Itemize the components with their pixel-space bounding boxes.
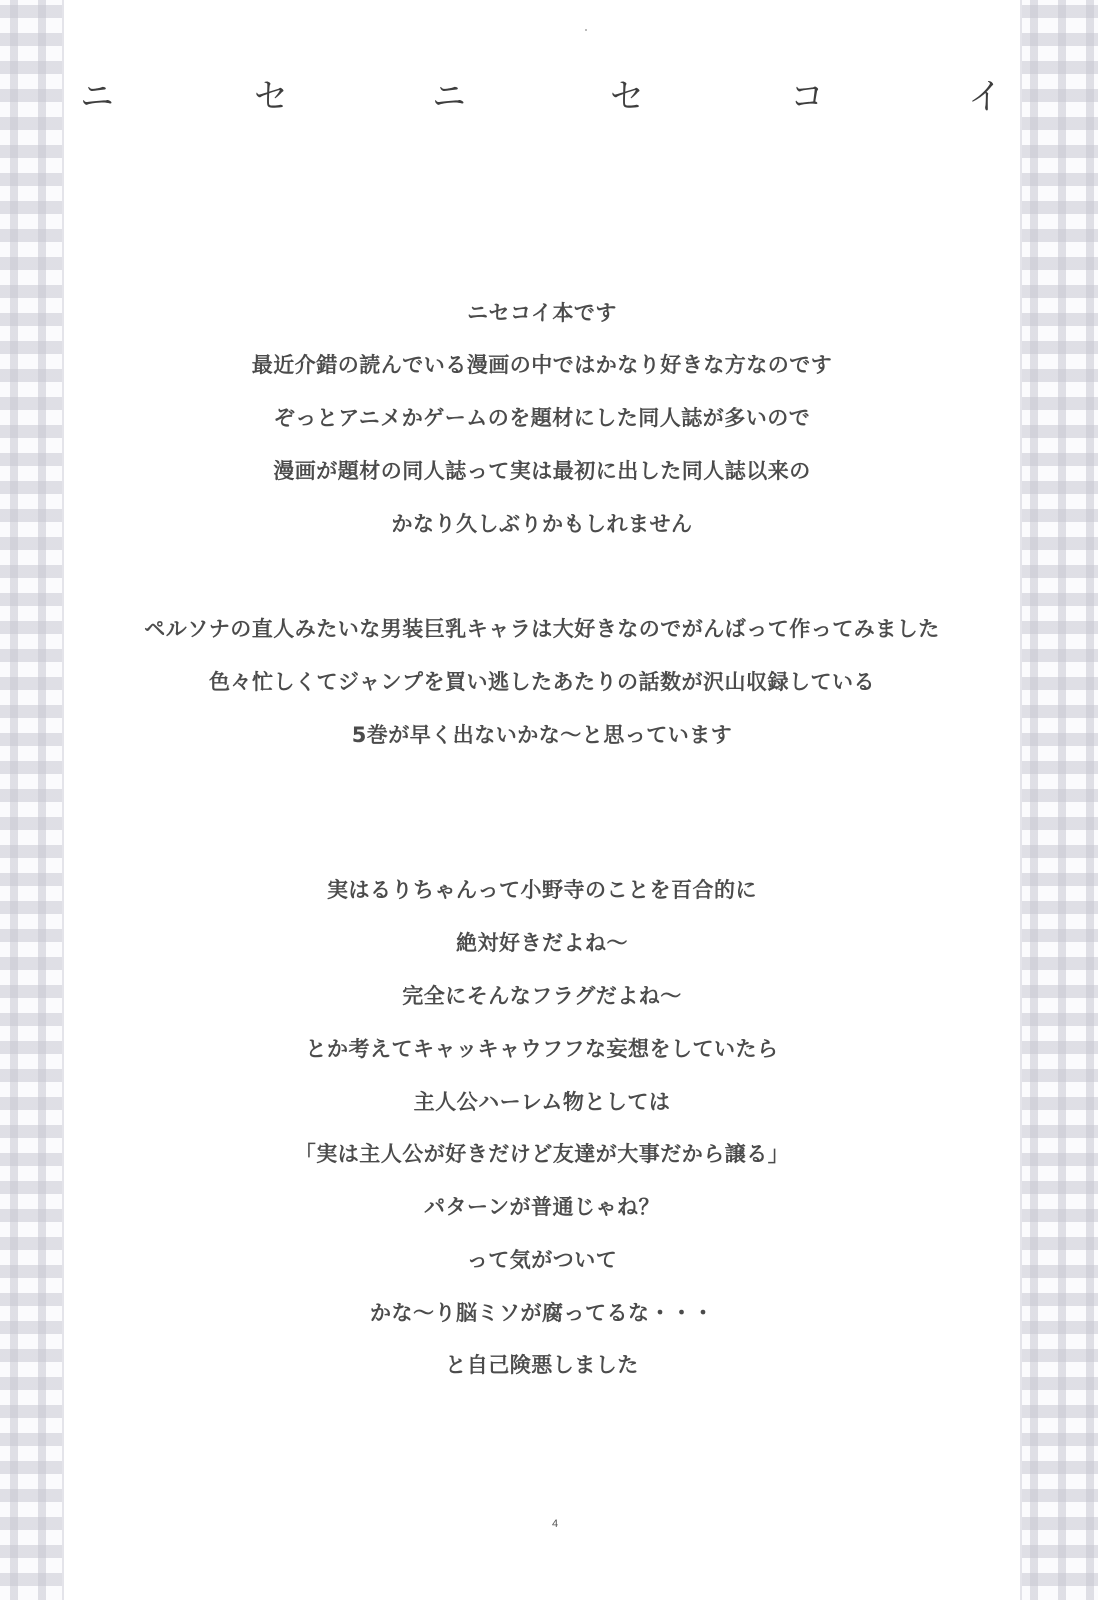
text-line: って気がついて (64, 1245, 1020, 1275)
gingham-border-right (1020, 0, 1098, 1600)
text-line: ペルソナの直人みたいな男装巨乳キャラは大好きなのでがんばって作ってみました (64, 614, 1020, 644)
text-line: とか考えてキャッキャウフフな妄想をしていたら (64, 1034, 1020, 1064)
text-line: 最近介錯の読んでいる漫画の中ではかなり好きな方なのです (64, 350, 1020, 380)
title-char-4: セ (610, 71, 644, 124)
title-char-2: セ (254, 71, 288, 124)
page-number: 4 (552, 1518, 558, 1530)
text-line: パターンが普通じゃね？ (64, 1192, 1020, 1222)
page-title: ニ セ ニ セ コ イ (76, 72, 1016, 122)
gingham-border-left (0, 0, 64, 1600)
text-line: 主人公ハーレム物としては (64, 1087, 1020, 1117)
title-char-5: コ (790, 71, 824, 124)
text-line: 絶対好きだよね～ (64, 928, 1020, 958)
text-line: 「実は主人公が好きだけど友達が大事だから譲る」 (64, 1139, 1020, 1169)
text-line: 漫画が題材の同人誌って実は最初に出した同人誌以来の (64, 456, 1020, 486)
text-line: ぞっとアニメかゲームのを題材にした同人誌が多いので (64, 403, 1020, 433)
title-char-3: ニ (432, 71, 466, 124)
text-line: 実はるりちゃんって小野寺のことを百合的に (64, 875, 1020, 905)
text-line: かなり久しぶりかもしれません (64, 509, 1020, 539)
title-char-1: ニ (80, 71, 114, 124)
scan-speck (585, 29, 587, 31)
title-char-6: イ (968, 71, 1002, 124)
text-line: ニセコイ本です (64, 298, 1020, 328)
text-line: 5巻が早く出ないかな～と思っています (64, 720, 1020, 750)
text-line: と自己険悪しました (64, 1350, 1020, 1380)
text-line: かな～り脳ミソが腐ってるな・・・ (64, 1298, 1020, 1328)
text-line: 完全にそんなフラグだよね～ (64, 981, 1020, 1011)
text-line: 色々忙しくてジャンプを買い逃したあたりの話数が沢山収録している (64, 667, 1020, 697)
